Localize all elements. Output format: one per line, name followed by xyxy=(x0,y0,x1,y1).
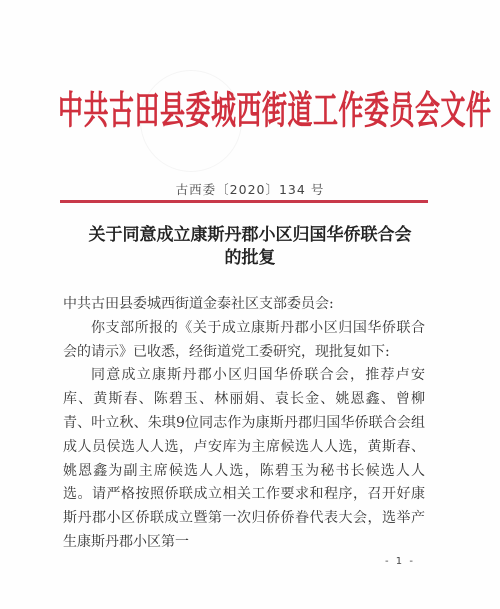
body-paragraph-1: 你支部所报的《关于成立康斯丹郡小区归国华侨联合会的请示》已收悉，经街道党工委研究… xyxy=(63,317,425,365)
document-number: 古西委〔2020〕134 号 xyxy=(0,180,500,198)
document-page: 中共古田县委城西街道工作委员会文件 古西委〔2020〕134 号 关于同意成立康… xyxy=(0,0,500,609)
subject-line-2: 的批复 xyxy=(0,247,500,270)
page-number: - 1 - xyxy=(385,556,415,567)
document-subject: 关于同意成立康斯丹郡小区归国华侨联合会 的批复 xyxy=(0,224,500,270)
subject-line-1: 关于同意成立康斯丹郡小区归国华侨联合会 xyxy=(0,224,500,247)
red-divider-rule xyxy=(60,200,428,203)
addressee: 中共古田县委城西街道金泰社区支部委员会: xyxy=(63,293,425,317)
body-paragraph-2: 同意成立康斯丹郡小区归国华侨联合会，推荐卢安库、黄斯春、陈碧玉、林丽娟、袁长金、… xyxy=(63,364,425,554)
issuer-red-header: 中共古田县委城西街道工作委员会文件 xyxy=(58,72,434,150)
document-body: 中共古田县委城西街道金泰社区支部委员会: 你支部所报的《关于成立康斯丹郡小区归国… xyxy=(63,293,425,555)
